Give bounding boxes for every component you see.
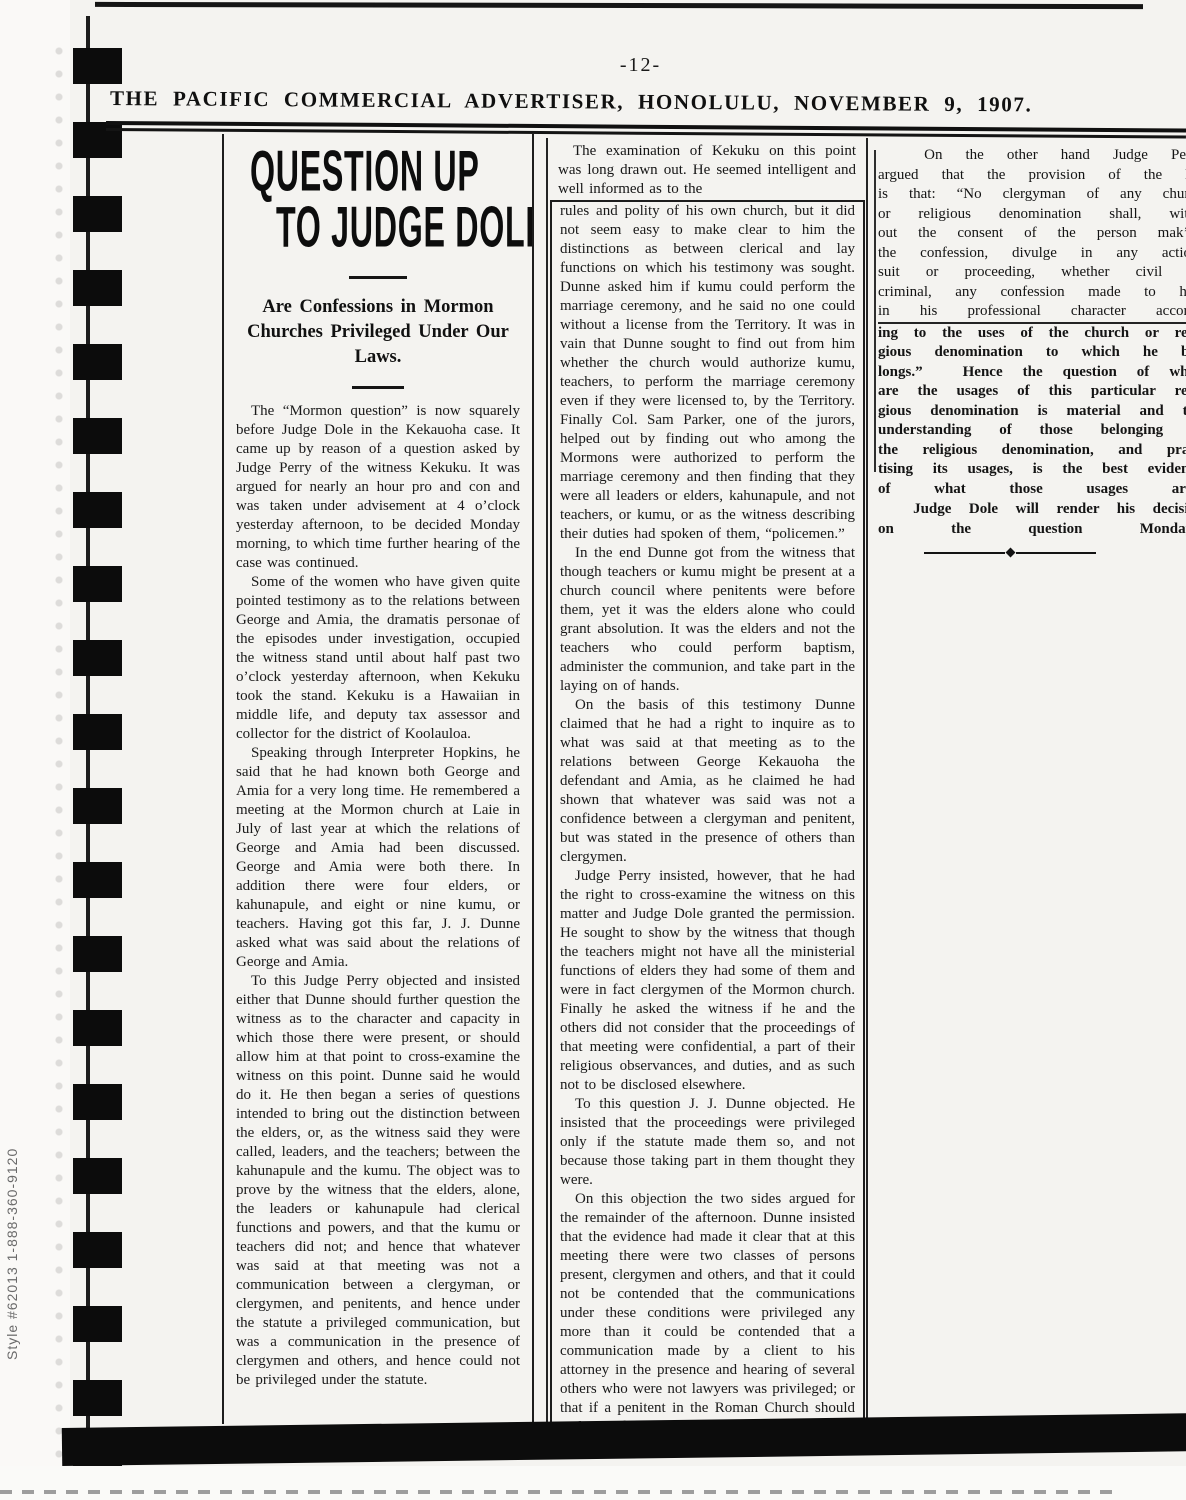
underlined-body-line: in his professional character accord — [878, 302, 1186, 324]
column-2-boxed-text: rules and polity of his own church, but … — [550, 200, 865, 1454]
headline-rule — [349, 276, 407, 279]
body-line: tising its usages, is the best evidenc — [878, 460, 1186, 480]
body-paragraph: In the end Dunne got from the witness th… — [560, 544, 855, 696]
body-line: or religious denomination shall, with — [878, 205, 1186, 225]
binding-holes-pattern — [50, 40, 68, 1460]
body-line: is that: “No clergyman of any churc — [878, 185, 1186, 205]
top-edge-shadow-line — [95, 2, 1143, 9]
body-line: gious denomination to which he be — [878, 343, 1186, 363]
body-line: are the usages of this particular reli — [878, 382, 1186, 402]
body-paragraph: Some of the women who have given quite p… — [236, 573, 520, 744]
page-number: -12- — [95, 54, 1186, 77]
column-3-top-lines: On the other hand Judge Perrargued that … — [878, 146, 1186, 302]
perforation-dashed-line — [0, 1490, 1120, 1494]
body-paragraph: The “Mormon question” is now squarely be… — [236, 402, 520, 573]
article-subhead: Are Confessions in Mormon Churches Privi… — [236, 295, 520, 370]
body-line: of what those usages are. — [878, 480, 1186, 500]
body-paragraph: On this objection the two sides argued f… — [560, 1190, 855, 1454]
column-2-intro: The examination of Kekuku on this point … — [548, 142, 866, 199]
body-line: understanding of those belonging t — [878, 421, 1186, 441]
body-paragraph: To this Judge Perry objected and insiste… — [236, 972, 520, 1390]
column-1-body: The “Mormon question” is now squarely be… — [236, 402, 520, 1390]
body-line: criminal, any confession made to hir — [878, 283, 1186, 303]
column-3-left-rule — [874, 150, 876, 472]
scanned-newspaper-page: Style #62013 1-888-360-9120 -12- THE PAC… — [0, 0, 1186, 1500]
column-3-bold-lines: ing to the uses of the church or religio… — [878, 324, 1186, 500]
body-line: the religious denomination, and prac — [878, 441, 1186, 461]
body-paragraph: Speaking through Interpreter Hopkins, he… — [236, 744, 520, 972]
article-column-2: The examination of Kekuku on this point … — [546, 138, 868, 1454]
end-of-article-ornament — [924, 549, 1096, 556]
body-paragraph: On the basis of this testimony Dunne cla… — [560, 696, 855, 867]
article-column-3: On the other hand Judge Perrargued that … — [878, 146, 1186, 556]
body-paragraph: To this question J. J. Dunne objected. H… — [560, 1095, 855, 1190]
body-line: suit or proceeding, whether civil o — [878, 263, 1186, 283]
article-headline: QUESTION UP TO JUDGE DOLE — [236, 144, 520, 256]
ornament-diamond — [1005, 548, 1015, 558]
body-paragraph: The examination of Kekuku on this point … — [558, 142, 856, 199]
body-line: longs.” Hence the question of wha — [878, 363, 1186, 383]
headline-line-2: TO JUDGE DOLE — [276, 192, 447, 262]
body-line: on the question Monday. — [878, 520, 1186, 540]
article-column-1: QUESTION UP TO JUDGE DOLE Are Confession… — [222, 134, 534, 1424]
subhead-rule — [352, 386, 404, 389]
body-paragraph: Judge Perry insisted, however, that he h… — [560, 867, 855, 1095]
column-3-closing-lines: Judge Dole will render his decisioon the… — [878, 500, 1186, 539]
body-line: argued that the provision of the la — [878, 166, 1186, 186]
body-line: the confession, divulge in any actior — [878, 244, 1186, 264]
scan-bottom-margin — [0, 1466, 1186, 1500]
binding-style-label: Style #62013 1-888-360-9120 — [4, 940, 20, 1360]
body-line: ing to the uses of the church or reli — [878, 324, 1186, 344]
body-line: out the consent of the person mak’n — [878, 224, 1186, 244]
body-line: Judge Dole will render his decisio — [878, 500, 1186, 520]
body-paragraph-continuation: rules and polity of his own church, but … — [560, 202, 855, 544]
comb-binding-teeth — [73, 48, 122, 1476]
body-line: On the other hand Judge Perr — [878, 146, 1186, 166]
column-2-boxed-paragraphs: In the end Dunne got from the witness th… — [560, 544, 855, 1454]
newspaper-masthead: THE PACIFIC COMMERCIAL ADVERTISER, HONOL… — [110, 86, 1033, 117]
body-line: gious denomination is material and th — [878, 402, 1186, 422]
